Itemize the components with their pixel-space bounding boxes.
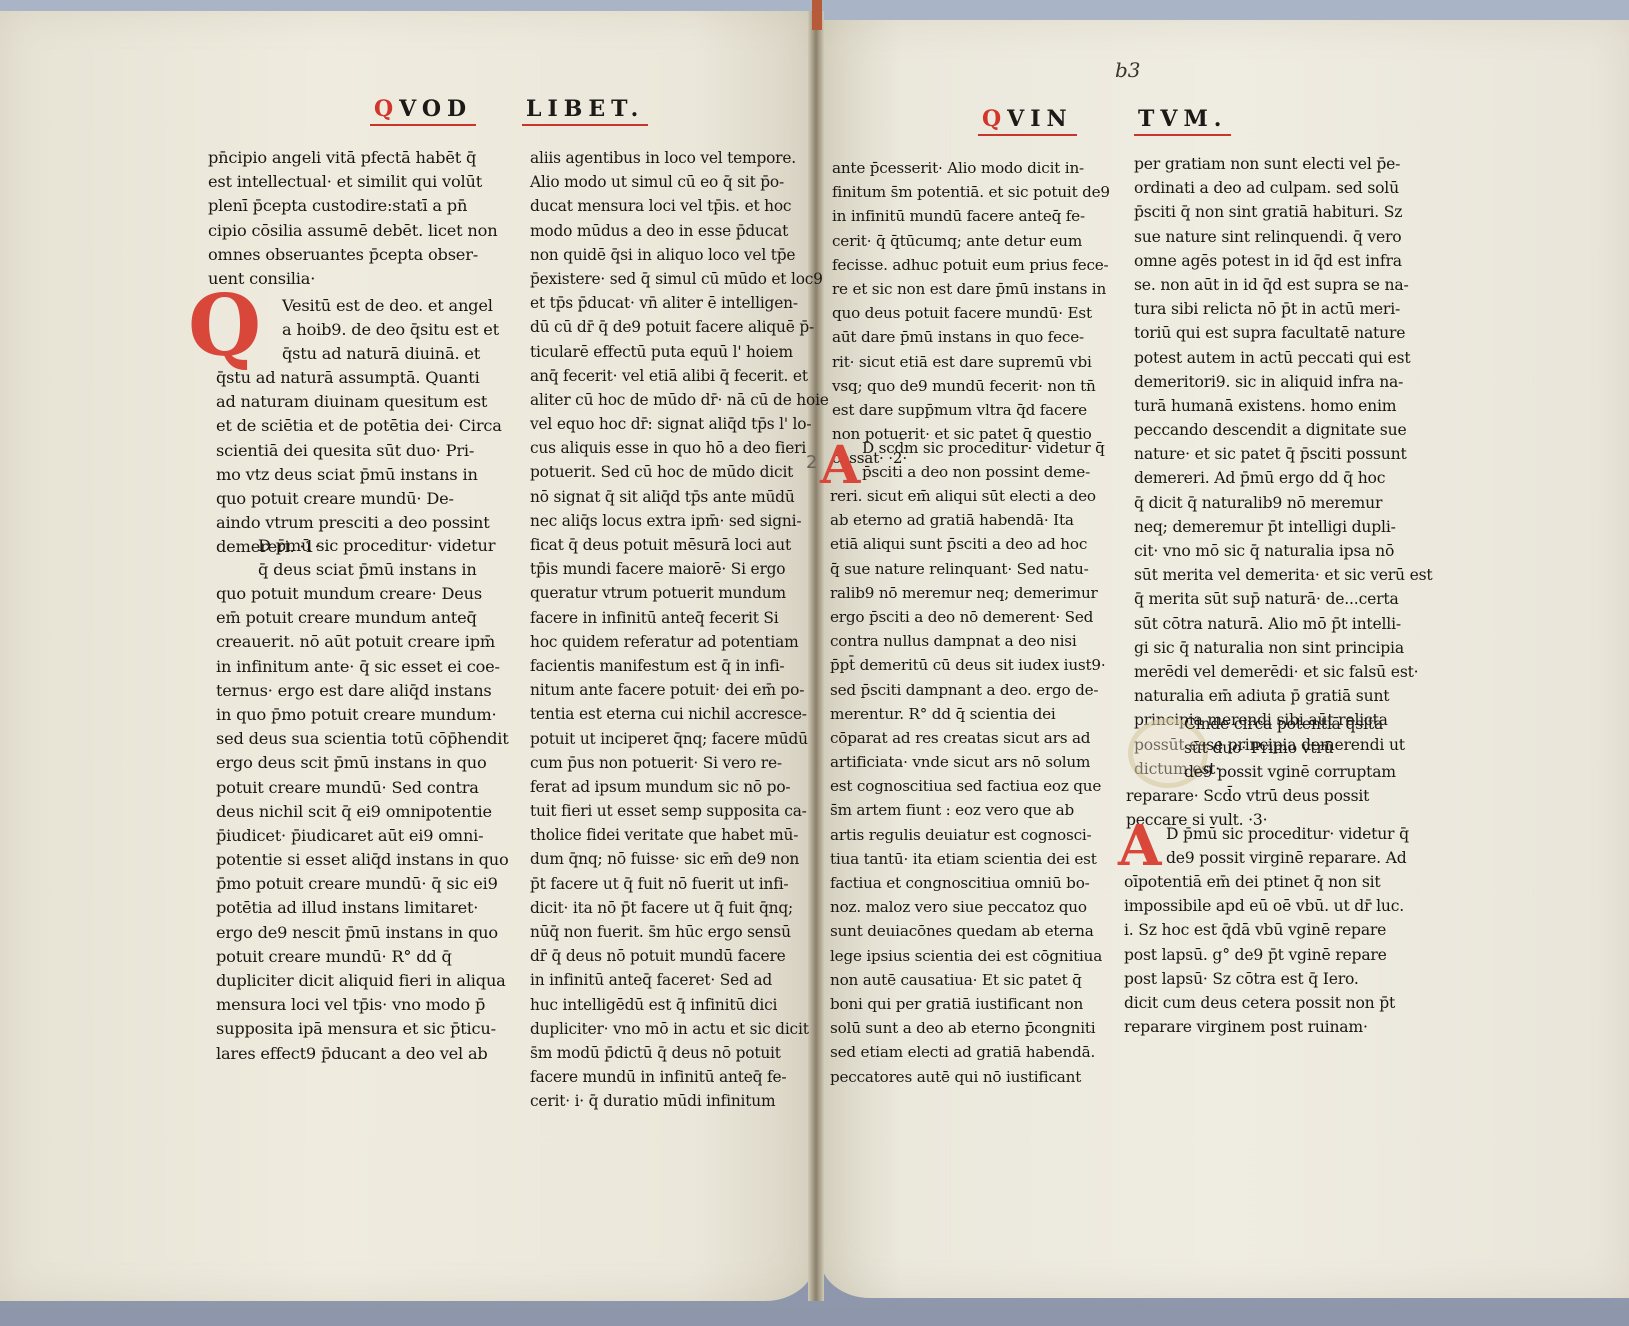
text-line: nec aliq̄s locus extra ipm̄· sed signi-	[530, 509, 829, 533]
text-line: D scd̄m sic proceditur· videtur q̄	[862, 436, 1105, 460]
text-line: in infinitum ante· q̄ sic esset ei coe-	[216, 655, 509, 679]
text-line: demeritori9. sic in aliquid infra na-	[1134, 370, 1433, 394]
text-line: Alio modo ut simul cū eo q̄ sit p̄o-	[530, 170, 829, 194]
text-line: noz. maloz vero siue peccatoz quo	[830, 895, 1105, 919]
text-line: reparare virginem post ruinam·	[1124, 1015, 1404, 1039]
text-line: re et sic non est dare p̄mū instans in	[832, 277, 1110, 301]
running-head-text: VIN	[1007, 106, 1072, 132]
text-line: potuerit. Sed cū hoc de mūdo dicit	[530, 460, 829, 484]
text-line: dū cū dr̄ q̄ de9 potuit facere aliquē p̄…	[530, 315, 829, 339]
text-line: et tp̄s p̄ducat· vn̄ aliter ē intelligen…	[530, 291, 829, 315]
decorated-initial-q: Q	[188, 284, 261, 368]
text-line: dupliciter dicit aliquid fieri in aliqua	[216, 969, 509, 993]
text-line: q̄ deus sciat p̄mū instans in	[258, 558, 495, 582]
text-line: est cognoscitiua sed factiua eoz que	[830, 774, 1105, 798]
text-line: in quo p̄mo potuit creare mundum·	[216, 703, 509, 727]
text-line: q̄ dicit q̄ naturalib9 nō meremur	[1134, 491, 1433, 515]
text-line: dupliciter· vno mō in actu et sic dicit	[530, 1017, 829, 1041]
text-line: aliis agentibus in loco vel tempore.	[530, 146, 829, 170]
text-line: non autē causatiua· Et sic patet q̄	[830, 968, 1105, 992]
right-column-b-article3: oīpotentiā em̄ dei ptinet q̄ non sit imp…	[1124, 870, 1404, 1039]
text-line: potuit creare mundū· R° dd q̄	[216, 945, 509, 969]
binding-edge	[812, 0, 822, 30]
text-line: turā humanā existens. homo enim	[1134, 394, 1433, 418]
text-line: nature· et sic patet q̄ p̄sciti possunt	[1134, 442, 1433, 466]
text-line: sed p̄sciti dampnant a deo. ergo de-	[830, 678, 1105, 702]
text-line: s̄m artem fiunt : eoz vero que ab	[830, 798, 1105, 822]
text-line: sed deus sua scientia totū cōp̄hendit	[216, 727, 509, 751]
text-line: Vesitū est de deo. et angel	[282, 294, 499, 318]
text-line: et de sciētia et de potētia dei· Circa	[216, 414, 502, 438]
text-line: rit· sicut etiā est dare supremū vbi	[832, 350, 1110, 374]
text-line: reri. sicut em̄ aliqui sūt electi a deo	[830, 484, 1105, 508]
text-line: tp̄is mundi facere maiorē· Si ergo	[530, 557, 829, 581]
text-line: p̄existere· sed q̄ simul cū mūdo et loc9	[530, 267, 829, 291]
text-line: ad naturam diuinam quesitum est	[216, 390, 502, 414]
text-line: dicit· ita nō p̄t facere ut q̄ fuit q̄nq…	[530, 896, 829, 920]
left-column-a-article1-indented: D p̄mū sic proceditur· videtur q̄ deus s…	[258, 534, 495, 582]
text-line: i. Sz hoc est q̄dā vbū vginē repare	[1124, 918, 1404, 942]
text-line: scientiā dei quesita sūt duo· Pri-	[216, 439, 502, 463]
text-line: sed etiam electi ad gratiā habendā.	[830, 1040, 1105, 1064]
text-line: gi sic q̄ naturalia non sint principia	[1134, 636, 1433, 660]
text-line: non quidē q̄si in aliquo loco vel tp̄e	[530, 243, 829, 267]
left-column-a-section-indented: Vesitū est de deo. et angel a hoib9. de …	[282, 294, 499, 367]
decorated-initial-a: A	[1118, 818, 1161, 874]
text-line: tuit fieri ut esset semp supposita ca-	[530, 799, 829, 823]
text-line: ante p̄cesserit· Alio modo dicit in-	[832, 156, 1110, 180]
left-column-a-intro: pn̄cipio angeli vitā pfectā habēt q̄ est…	[208, 146, 497, 291]
text-line: artificiata· vnde sicut ars nō solum	[830, 750, 1105, 774]
text-line: est dare supp̄mum vltra q̄d facere	[832, 398, 1110, 422]
text-line: facientis manifestum est q̄ in infi-	[530, 654, 829, 678]
text-line: q̄stu ad naturā diuinā. et	[282, 342, 499, 366]
text-line: peccatores autē qui nō iustificant	[830, 1065, 1105, 1089]
text-line: est intellectual· et similit qui volūt	[208, 170, 497, 194]
text-line: aindo vtrum presciti a deo possint	[216, 511, 502, 535]
text-line: reparare· Scd̄o vtrū deus possit	[1126, 784, 1369, 808]
text-line: post lapsū. g° de9 p̄t vginē repare	[1124, 943, 1404, 967]
text-line: dr̄ q̄ deus nō potuit mundū facere	[530, 944, 829, 968]
text-line: fecisse. adhuc potuit eum prius fece-	[832, 253, 1110, 277]
text-line: ternus· ergo est dare aliq̄d instans	[216, 679, 509, 703]
text-line: lege ipsius scientia dei est cōgnitiua	[830, 944, 1105, 968]
text-line: facere in infinitū anteq̄ fecerit Si	[530, 606, 829, 630]
text-line: ferat ad ipsum mundum sic nō po-	[530, 775, 829, 799]
text-line: tholice fidei veritate que habet mū-	[530, 823, 829, 847]
text-line: artis regulis deuiatur est cognosci-	[830, 823, 1105, 847]
text-line: boni qui per gratiā iustificant non	[830, 992, 1105, 1016]
text-line: tentia est eterna cui nichil accresce-	[530, 702, 829, 726]
text-line: peccando descendit a dignitate sue	[1134, 418, 1433, 442]
text-line: quo deus potuit facere mundū· Est	[832, 301, 1110, 325]
text-line: factiua et congnoscitiua omniū bo-	[830, 871, 1105, 895]
text-line: vel equo hoc dr̄: signat aliq̄d tp̄s l' …	[530, 412, 829, 436]
text-line: sue nature sint relinquendi. q̄ vero	[1134, 225, 1433, 249]
text-line: demereri. Ad p̄mū ergo dd q̄ hoc	[1134, 466, 1433, 490]
text-line: creauerit. nō aūt potuit creare ipm̄	[216, 630, 509, 654]
text-line: potest autem in actū peccati qui est	[1134, 346, 1433, 370]
running-head-right-part1: QVIN	[978, 106, 1077, 136]
text-line: tiua tantū· ita etiam scientia dei est	[830, 847, 1105, 871]
text-line: hoc quidem referatur ad potentiam	[530, 630, 829, 654]
text-line: quo potuit mundum creare· Deus	[216, 582, 509, 606]
left-column-b: aliis agentibus in loco vel tempore. Ali…	[530, 146, 829, 1114]
text-line: contra nullus dampnat a deo nisi	[830, 629, 1105, 653]
text-line: mo vtz deus sciat p̄mū instans in	[216, 463, 502, 487]
text-line: sūt cōtra naturā. Alio mō p̄t intelli-	[1134, 612, 1433, 636]
text-line: potuit ut inciperet q̄nq; facere mūdū	[530, 727, 829, 751]
text-line: huc intelligēdū est q̄ infinitū dici	[530, 993, 829, 1017]
text-line: vsq; quo de9 mundū fecerit· non tn̄	[832, 374, 1110, 398]
text-line: de9 possit virginē reparare. Ad	[1166, 846, 1409, 870]
running-head-text: VOD	[399, 96, 472, 122]
text-line: nō signat q̄ sit aliq̄d tp̄s ante mūdū	[530, 485, 829, 509]
text-line: p̄sciti a deo non possint deme-	[862, 460, 1105, 484]
text-line: s̄m modū p̄dictū q̄ deus nō potuit	[530, 1041, 829, 1065]
right-column-a-article2: reri. sicut em̄ aliqui sūt electi a deo …	[830, 484, 1105, 1089]
text-line: naturalia em̄ adiuta p̄ gratiā sunt	[1134, 684, 1433, 708]
text-line: cipio cōsilia assumē debēt. licet non	[208, 219, 497, 243]
text-line: aliter cū hoc de mūdo dr̄· nā cū de hoie	[530, 388, 829, 412]
text-line: etiā aliqui sunt p̄sciti a deo ad hoc	[830, 532, 1105, 556]
left-column-a-section: q̄stu ad naturā assumptā. Quanti ad natu…	[216, 366, 502, 560]
text-line: se. non aūt in id q̄d est supra se na-	[1134, 273, 1433, 297]
text-line: cus aliquis esse in quo hō a deo fieri	[530, 436, 829, 460]
text-line: toriū qui est supra facultatē nature	[1134, 321, 1433, 345]
running-head-right-part2: TVM.	[1134, 106, 1231, 136]
text-line: sunt deuiacōnes quedam ab eterna	[830, 919, 1105, 943]
text-line: cerit· q̄ q̄tūcumq; ante detur eum	[832, 229, 1110, 253]
text-line: pn̄cipio angeli vitā pfectā habēt q̄	[208, 146, 497, 170]
text-line: nitum ante facere potuit· dei em̄ po-	[530, 678, 829, 702]
text-line: p̄mo potuit creare mundū· q̄ sic ei9	[216, 872, 509, 896]
text-line: ficat q̄ deus potuit mēsurā loci aut	[530, 533, 829, 557]
text-line: mensura loci vel tp̄is· vno modo p̄	[216, 993, 509, 1017]
text-line: ergo p̄sciti a deo nō demerent· Sed	[830, 605, 1105, 629]
text-line: q̄ merita sūt sup̄ naturā· de...certa	[1134, 587, 1433, 611]
text-line: plenī p̄cepta custodire:statī a pn̄	[208, 194, 497, 218]
text-line: a hoib9. de deo q̄situ est et	[282, 318, 499, 342]
text-line: nūq̄ non fuerit. s̄m hūc ergo sensū	[530, 920, 829, 944]
text-line: solū sunt a deo ab eterno p̄congniti	[830, 1016, 1105, 1040]
text-line: q̄stu ad naturā assumptā. Quanti	[216, 366, 502, 390]
text-line: cit· vno mō sic q̄ naturalia ipsa nō	[1134, 539, 1433, 563]
text-line: em̄ potuit creare mundum anteq̄	[216, 606, 509, 630]
text-line: oīpotentiā em̄ dei ptinet q̄ non sit	[1124, 870, 1404, 894]
text-line: impossibile apd eū oē vbū. ut dr̄ luc.	[1124, 894, 1404, 918]
text-line: cum p̄us non potuerit· Si vero re-	[530, 751, 829, 775]
text-line: in infinitū mundū facere anteq̄ fe-	[832, 204, 1110, 228]
text-line: deus nichil scit q̄ ei9 omnipotentie	[216, 800, 509, 824]
text-line: queratur vtrum potuerit mundum	[530, 581, 829, 605]
text-line: modo mūdus a deo in esse p̄ducat	[530, 219, 829, 243]
folio-signature: b3	[1115, 58, 1141, 82]
text-line: sūt duo· Primo vtrū	[1184, 736, 1396, 760]
text-line: Cinde circa potentiā q̄sita	[1184, 712, 1396, 736]
text-line: ticularē effectū puta equū l' hoiem	[530, 340, 829, 364]
text-line: dum q̄nq; nō fuisse· sic em̄ de9 non	[530, 847, 829, 871]
text-line: D p̄mū sic proceditur· videtur q̄	[1166, 822, 1409, 846]
running-head-left-part2: LIBET.	[522, 96, 648, 126]
text-line: supposita ipā mensura et sic p̄ticu-	[216, 1017, 509, 1041]
book-spread: QVOD LIBET. pn̄cipio angeli vitā pfectā …	[0, 0, 1629, 1326]
left-column-a-article1: quo potuit mundum creare· Deus em̄ potui…	[216, 582, 509, 1066]
text-line: neq; demeremur p̄t intelligi dupli-	[1134, 515, 1433, 539]
text-line: p̄pt̄ demeritū cū deus sit iudex iust9·	[830, 653, 1105, 677]
right-column-a-article2-indented: D scd̄m sic proceditur· videtur q̄ p̄sci…	[862, 436, 1105, 484]
text-line: potentie si esset aliq̄d instans in quo	[216, 848, 509, 872]
text-line: lares effect9 p̄ducant a deo vel ab	[216, 1042, 509, 1066]
right-column-b: per gratiam non sunt electi vel p̄e- ord…	[1134, 152, 1433, 781]
text-line: finitum s̄m potentiā. et sic potuit de9	[832, 180, 1110, 204]
text-line: p̄iudicet· p̄iudicaret aūt ei9 omni-	[216, 824, 509, 848]
text-line: ab eterno ad gratiā habendā· Ita	[830, 508, 1105, 532]
text-line: in infinitū anteq̄ faceret· Sed ad	[530, 968, 829, 992]
text-line: omne agēs potest in id q̄d est infra	[1134, 249, 1433, 273]
text-line: omnes obseruantes p̄cepta obser-	[208, 243, 497, 267]
text-line: anq̄ fecerit· vel etiā alibi q̄ fecerit.…	[530, 364, 829, 388]
text-line: quo potuit creare mundū· De-	[216, 487, 502, 511]
text-line: cerit· i· q̄ duratio mūdi infinitum	[530, 1089, 829, 1113]
right-column-a-intro: ante p̄cesserit· Alio modo dicit in- fin…	[832, 156, 1110, 470]
right-column-b-questions-indented: Cinde circa potentiā q̄sita sūt duo· Pri…	[1184, 712, 1396, 785]
text-line: per gratiam non sunt electi vel p̄e-	[1134, 152, 1433, 176]
text-line: tura sibi relicta nō p̄t in actū meri-	[1134, 297, 1433, 321]
text-line: potuit creare mundū· Sed contra	[216, 776, 509, 800]
running-head-initial: Q	[374, 96, 399, 122]
text-line: post lapsū· Sz cōtra est q̄ Iero.	[1124, 967, 1404, 991]
text-line: D p̄mū sic proceditur· videtur	[258, 534, 495, 558]
text-line: cōparat ad res creatas sicut ars ad	[830, 726, 1105, 750]
text-line: sūt merita vel demerita· et sic verū est	[1134, 563, 1433, 587]
text-line: ergo deus scit p̄mū instans in quo	[216, 751, 509, 775]
text-line: ralib9 nō meremur neq; demerimur	[830, 581, 1105, 605]
text-line: potētia ad illud instans limitaret·	[216, 896, 509, 920]
text-line: facere mundū in infinitū anteq̄ fe-	[530, 1065, 829, 1089]
text-line: aūt dare p̄mū instans in quo fece-	[832, 325, 1110, 349]
running-head-left-part1: QVOD	[370, 96, 476, 126]
text-line: ducat mensura loci vel tp̄is. et hoc	[530, 194, 829, 218]
text-line: ergo de9 nescit p̄mū instans in quo	[216, 921, 509, 945]
text-line: merēdi vel demerēdi· et sic falsū est·	[1134, 660, 1433, 684]
text-line: q̄ sue nature relinquant· Sed natu-	[830, 557, 1105, 581]
text-line: merentur. R° dd q̄ scientia dei	[830, 702, 1105, 726]
text-line: p̄t facere ut q̄ fuit nō fuerit ut infi-	[530, 872, 829, 896]
margin-note-number: 2	[806, 452, 817, 473]
text-line: dicit cum deus cetera possit non p̄t	[1124, 991, 1404, 1015]
text-line: p̄sciti q̄ non sint gratiā habituri. Sz	[1134, 200, 1433, 224]
text-line: ordinati a deo ad culpam. sed solū	[1134, 176, 1433, 200]
running-head-initial: Q	[982, 106, 1007, 132]
text-line: de9 possit vginē corruptam	[1184, 760, 1396, 784]
right-column-b-article3-indented: D p̄mū sic proceditur· videtur q̄ de9 po…	[1166, 822, 1409, 870]
